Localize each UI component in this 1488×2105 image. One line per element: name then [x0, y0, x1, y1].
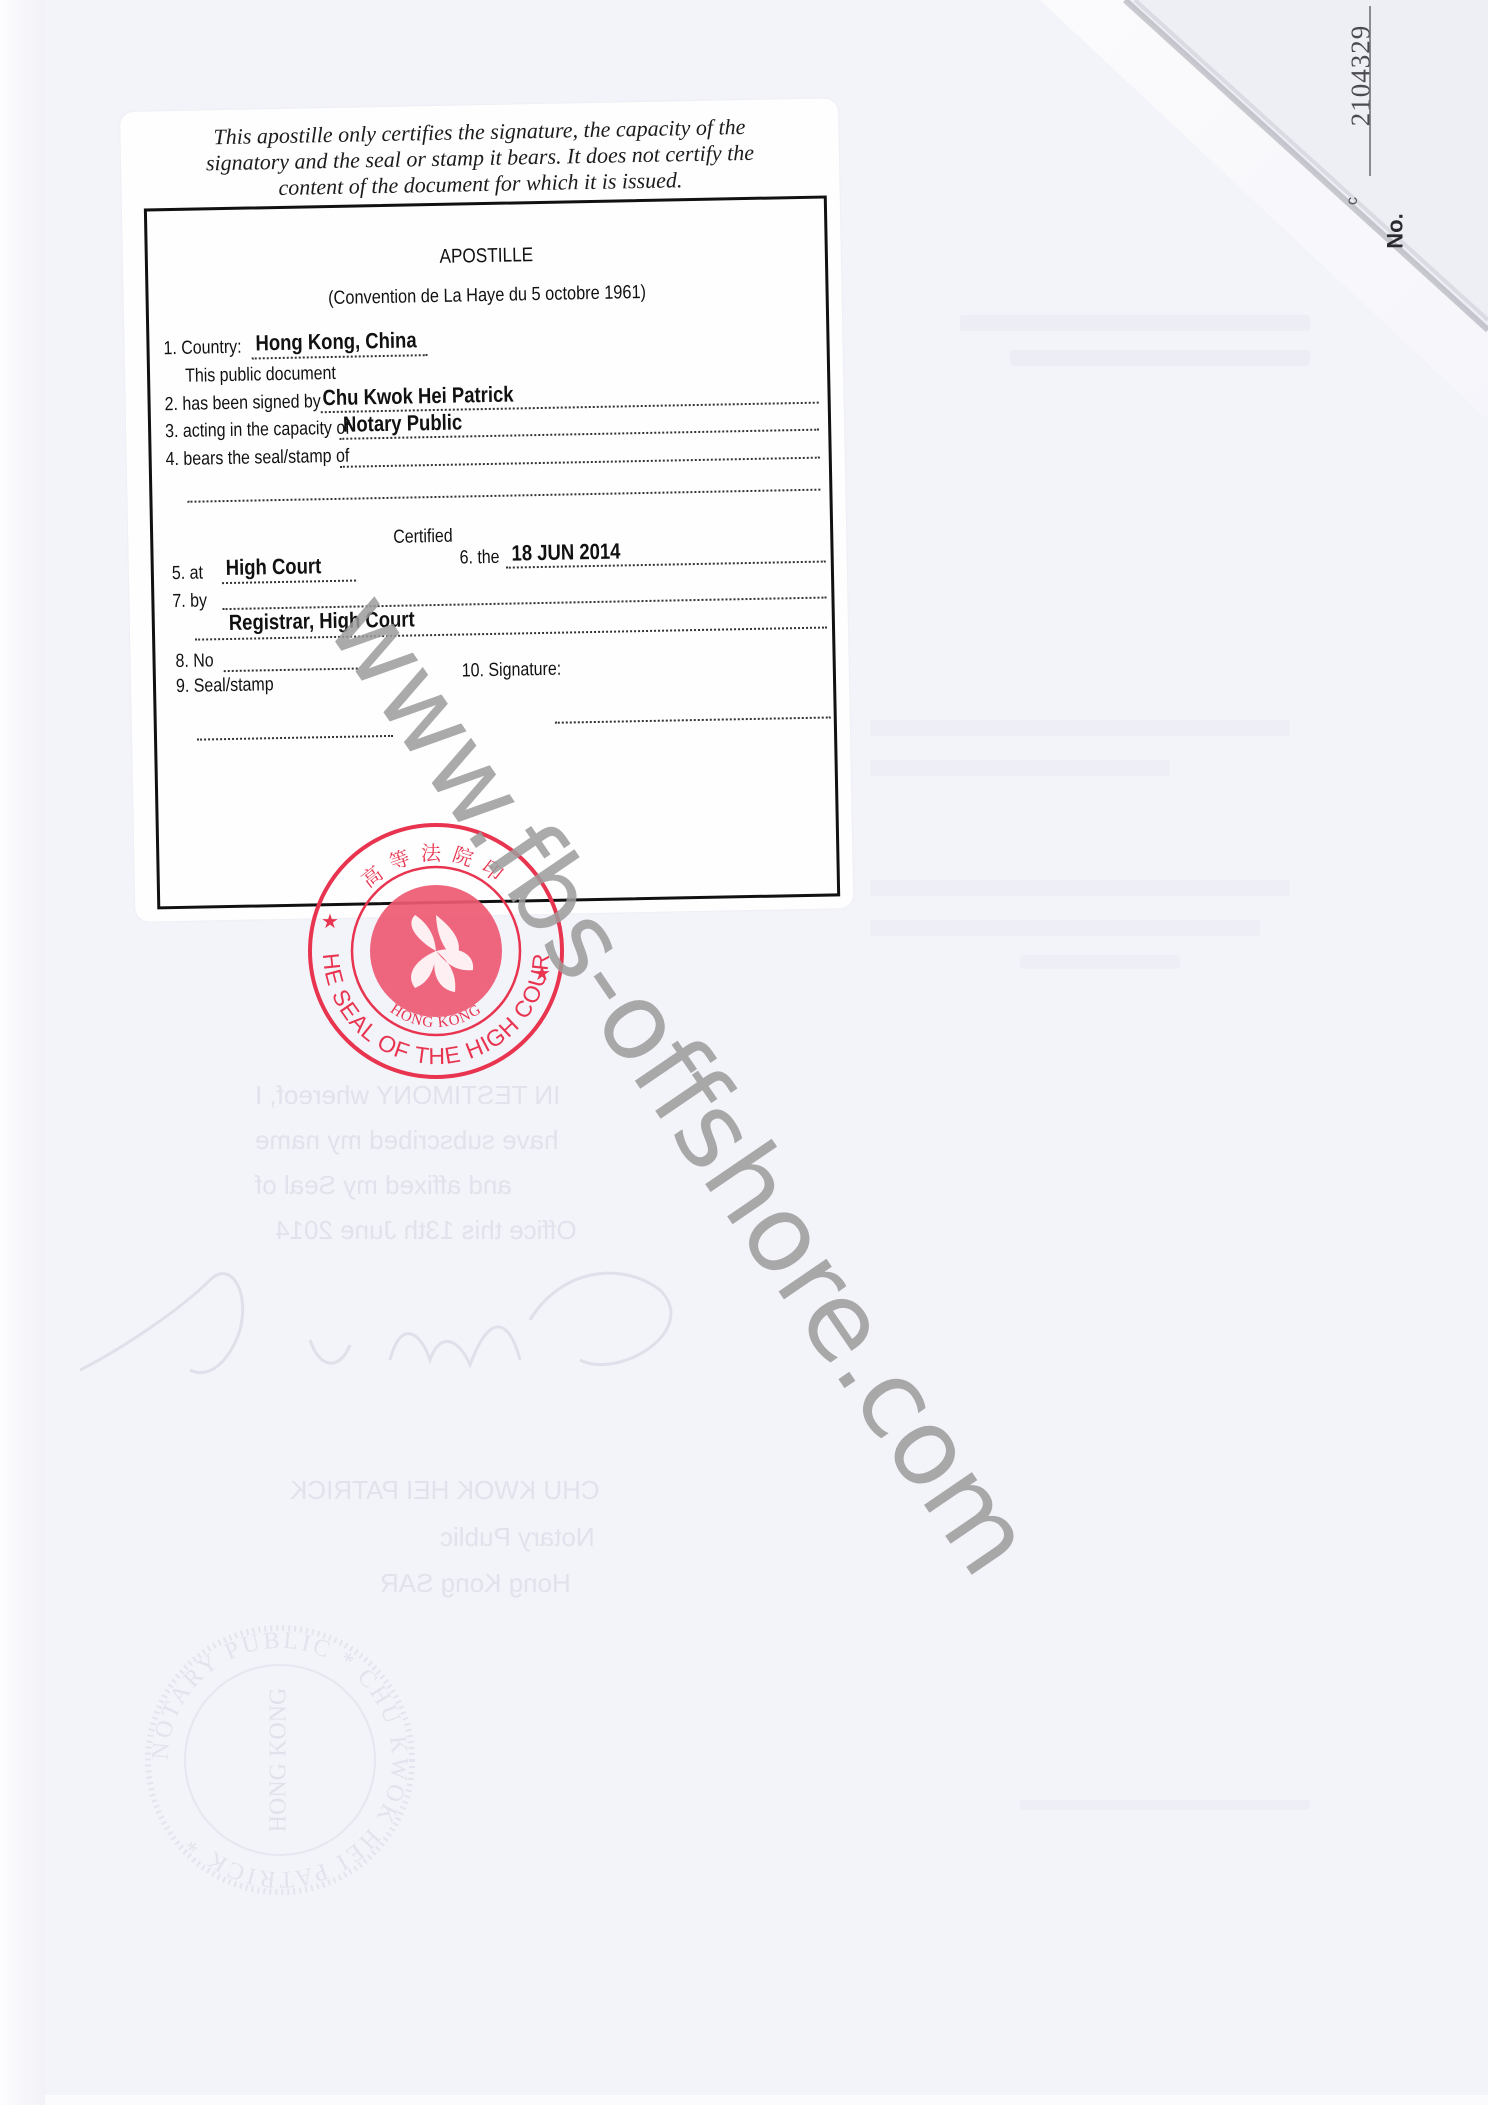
field-at-label: 5. at — [172, 562, 209, 585]
serial-label: No. — [1383, 213, 1409, 248]
show-through-signature — [60, 1250, 760, 1410]
scan-left-margin — [0, 0, 45, 2105]
svg-text:★: ★ — [321, 911, 339, 933]
field-country-label: 1. Country: — [163, 336, 256, 360]
serial-mark: c — [1344, 197, 1362, 205]
serial-number: 2104329 — [1345, 25, 1376, 127]
field-by-label: 7. by — [172, 590, 214, 613]
field-signed-by-value: Chu Kwok Hei Patrick — [322, 382, 513, 412]
apostille-disclaimer: This apostille only certifies the signat… — [120, 112, 839, 204]
field-capacity-value: Notary Public — [343, 409, 463, 437]
apostille-title: APOSTILLE — [195, 239, 778, 273]
field-country-value: Hong Kong, China — [255, 327, 417, 356]
field-at-value: High Court — [226, 553, 322, 581]
field-date-label: 6. the — [459, 547, 507, 570]
field-seal-stamp-label: 9. Seal/stamp — [176, 674, 293, 698]
svg-text:HONG KONG: HONG KONG — [266, 1688, 292, 1833]
embossed-notary-seal: NOTARY PUBLIC * CHU KWOK HEI PATRICK * H… — [140, 1620, 420, 1900]
field-no-label: 8. No — [175, 650, 221, 673]
field-date-value: 18 JUN 2014 — [511, 538, 620, 566]
convention-subtitle: (Convention de La Haye du 5 octobre 1961… — [196, 279, 779, 312]
certified-label: Certified — [393, 525, 464, 548]
